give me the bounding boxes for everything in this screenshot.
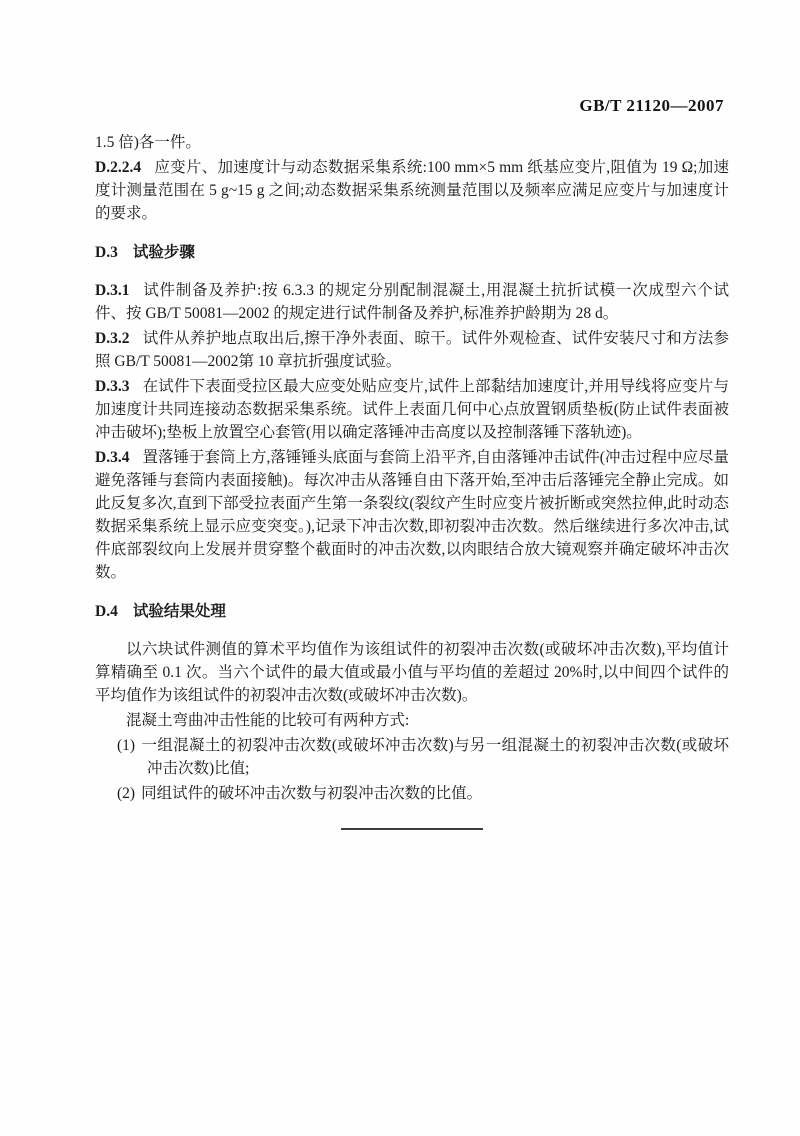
list-item-text: 一组混凝土的初裂冲击次数(或破坏冲击次数)与另一组混凝土的初裂冲击次数(或破坏冲… <box>141 737 729 777</box>
clause-number: D.3.3 <box>95 378 129 395</box>
clause-number: D.3.1 <box>95 282 129 299</box>
paragraph-text: 以六块试件测值的算术平均值作为该组试件的初裂冲击次数(或破坏冲击次数),平均值计… <box>95 641 729 704</box>
page-header: GB/T 21120—2007 <box>579 96 724 116</box>
list-item-2: (2)同组试件的破坏冲击次数与初裂冲击次数的比值。 <box>95 782 729 805</box>
section-number: D.3 <box>95 244 118 261</box>
paragraph-fragment: 1.5 倍)各一件。 <box>95 131 729 154</box>
section-number: D.4 <box>95 603 118 620</box>
fragment-text: 1.5 倍)各一件。 <box>95 134 201 151</box>
section-heading-d3: D.3试验步骤 <box>95 241 729 264</box>
paragraph-text: 混凝土弯曲冲击性能的比较可有两种方式: <box>126 712 409 729</box>
list-item-1: (1)一组混凝土的初裂冲击次数(或破坏冲击次数)与另一组混凝土的初裂冲击次数(或… <box>95 734 729 780</box>
clause-number: D.2.2.4 <box>95 159 141 176</box>
clause-number: D.3.2 <box>95 330 129 347</box>
clause-text: 试件从养护地点取出后,擦干净外表面、晾干。试件外观检查、试件安装尺寸和方法参照 … <box>95 330 729 370</box>
list-marker: (1) <box>117 737 135 754</box>
section-title: 试验步骤 <box>133 244 195 261</box>
section-heading-d4: D.4试验结果处理 <box>95 600 729 623</box>
clause-d224: D.2.2.4应变片、加速度计与动态数据采集系统:100 mm×5 mm 纸基应… <box>95 156 729 225</box>
section-title: 试验结果处理 <box>133 603 226 620</box>
clause-d33: D.3.3在试件下表面受拉区最大应变处贴应变片,试件上部黏结加速度计,并用导线将… <box>95 375 729 444</box>
clause-text: 在试件下表面受拉区最大应变处贴应变片,试件上部黏结加速度计,并用导线将应变片与加… <box>95 378 729 441</box>
clause-number: D.3.4 <box>95 449 129 466</box>
paragraph-comparison-intro: 混凝土弯曲冲击性能的比较可有两种方式: <box>95 709 729 732</box>
clause-text: 置落锤于套筒上方,落锤锤头底面与套筒上沿平齐,自由落锤冲击试件(冲击过程中应尽量… <box>95 449 729 581</box>
clause-text: 试件制备及养护:按 6.3.3 的规定分别配制混凝土,用混凝土抗折试模一次成型六… <box>95 282 729 322</box>
clause-text: 应变片、加速度计与动态数据采集系统:100 mm×5 mm 纸基应变片,阻值为 … <box>95 159 729 222</box>
document-content: 1.5 倍)各一件。 D.2.2.4应变片、加速度计与动态数据采集系统:100 … <box>95 131 729 830</box>
paragraph-results: 以六块试件测值的算术平均值作为该组试件的初裂冲击次数(或破坏冲击次数),平均值计… <box>95 638 729 707</box>
clause-d34: D.3.4置落锤于套筒上方,落锤锤头底面与套筒上沿平齐,自由落锤冲击试件(冲击过… <box>95 446 729 584</box>
list-item-text: 同组试件的破坏冲击次数与初裂冲击次数的比值。 <box>141 785 482 802</box>
standard-code: GB/T 21120—2007 <box>579 96 724 115</box>
end-of-document-rule <box>341 828 483 830</box>
clause-d32: D.3.2试件从养护地点取出后,擦干净外表面、晾干。试件外观检查、试件安装尺寸和… <box>95 327 729 373</box>
clause-d31: D.3.1试件制备及养护:按 6.3.3 的规定分别配制混凝土,用混凝土抗折试模… <box>95 279 729 325</box>
list-marker: (2) <box>117 785 135 802</box>
document-page: GB/T 21120—2007 1.5 倍)各一件。 D.2.2.4应变片、加速… <box>0 0 800 1136</box>
